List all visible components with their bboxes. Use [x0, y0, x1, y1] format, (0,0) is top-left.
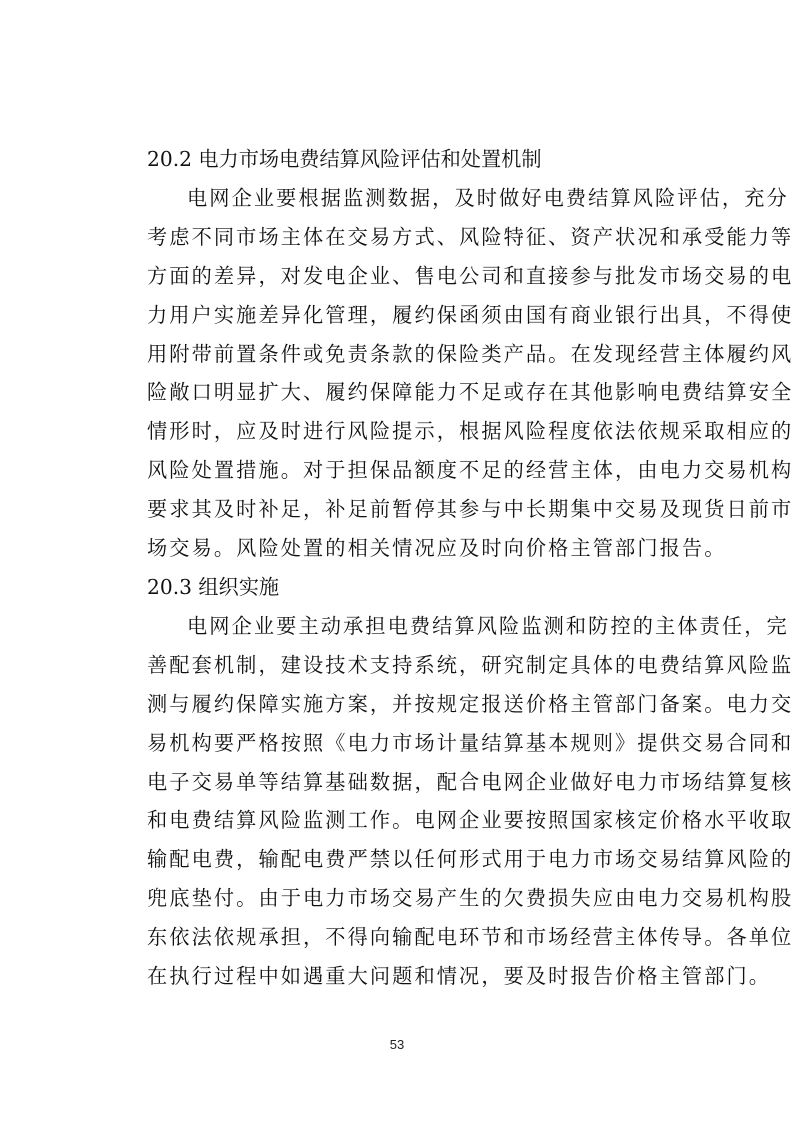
text-line: 电网企业要主动承担电费结算风险监测和防控的主体责任，完 [107, 607, 691, 646]
section-heading-20-2: 20.2 电力市场电费结算风险评估和处置机制 [107, 140, 691, 179]
text-line: 用附带前置条件或免责条款的保险类产品。在发现经营主体履约风 [107, 335, 691, 374]
text-line: 输配电费，输配电费严禁以任何形式用于电力市场交易结算风险的 [107, 840, 691, 879]
text-line: 易机构要严格按照《电力市场计量结算基本规则》提供交易合同和 [107, 724, 691, 763]
text-line: 和电费结算风险监测工作。电网企业要按照国家核定价格水平收取 [107, 801, 691, 840]
text-line: 场交易。风险处置的相关情况应及时向价格主管部门报告。 [107, 529, 691, 568]
text-line: 险敞口明显扩大、履约保障能力不足或存在其他影响电费结算安全 [107, 373, 691, 412]
text-line: 力用户实施差异化管理，履约保函须由国有商业银行出具，不得使 [107, 296, 691, 335]
section-20-3-paragraph: 电网企业要主动承担电费结算风险监测和防控的主体责任，完 善配套机制，建设技术支持… [107, 607, 691, 996]
text-line: 风险处置措施。对于担保品额度不足的经营主体，由电力交易机构 [107, 451, 691, 490]
text-line: 方面的差异，对发电企业、售电公司和直接参与批发市场交易的电 [107, 257, 691, 296]
page-content: 20.2 电力市场电费结算风险评估和处置机制 电网企业要根据监测数据，及时做好电… [107, 140, 691, 996]
page-number: 53 [0, 1037, 794, 1052]
text-line: 测与履约保障实施方案，并按规定报送价格主管部门备案。电力交 [107, 685, 691, 724]
section-heading-20-3: 20.3 组织实施 [107, 568, 691, 607]
text-line: 善配套机制，建设技术支持系统，研究制定具体的电费结算风险监 [107, 646, 691, 685]
text-line: 电子交易单等结算基础数据，配合电网企业做好电力市场结算复核 [107, 763, 691, 802]
document-page: 20.2 电力市场电费结算风险评估和处置机制 电网企业要根据监测数据，及时做好电… [0, 0, 794, 1123]
text-line: 考虑不同市场主体在交易方式、风险特征、资产状况和承受能力等 [107, 218, 691, 257]
text-line: 兜底垫付。由于电力市场交易产生的欠费损失应由电力交易机构股 [107, 879, 691, 918]
text-line: 要求其及时补足，补足前暂停其参与中长期集中交易及现货日前市 [107, 490, 691, 529]
text-line: 东依法依规承担，不得向输配电环节和市场经营主体传导。各单位 [107, 918, 691, 957]
text-line: 情形时，应及时进行风险提示，根据风险程度依法依规采取相应的 [107, 412, 691, 451]
section-20-2-paragraph: 电网企业要根据监测数据，及时做好电费结算风险评估，充分 考虑不同市场主体在交易方… [107, 179, 691, 568]
text-line: 电网企业要根据监测数据，及时做好电费结算风险评估，充分 [107, 179, 691, 218]
text-line: 在执行过程中如遇重大问题和情况，要及时报告价格主管部门。 [107, 957, 691, 996]
